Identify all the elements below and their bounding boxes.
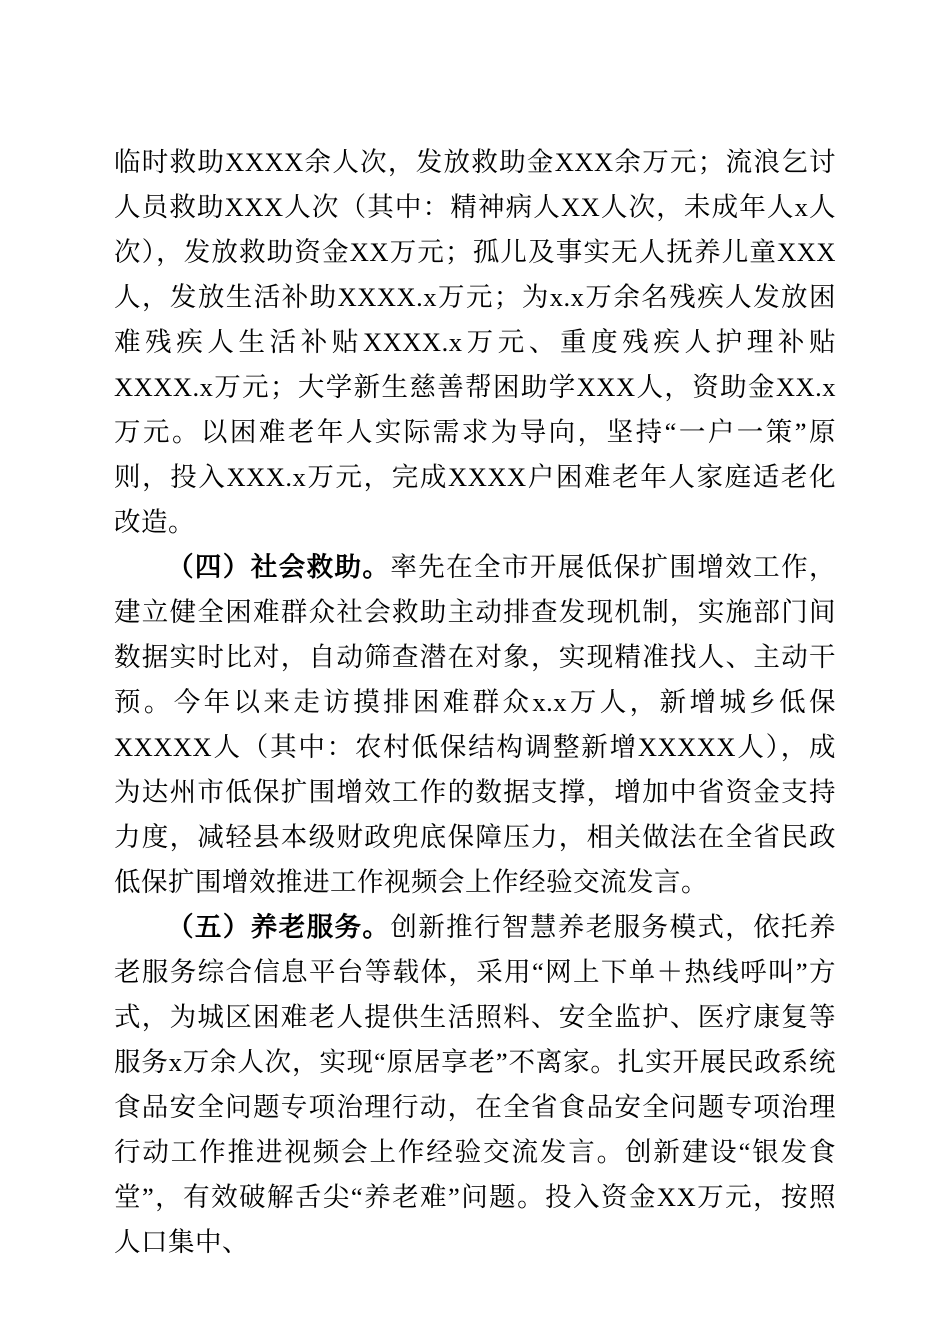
section-4-heading: （四）社会救助。 xyxy=(167,552,390,582)
paragraph-section-5-elderly-care: （五）养老服务。创新推行智慧养老服务模式，依托养老服务综合信息平台等载体，采用“… xyxy=(114,905,836,1265)
document-body: 临时救助XXXX余人次，发放救助金XXX余万元；流浪乞讨人员救助XXX人次（其中… xyxy=(114,140,836,1265)
section-4-text: 率先在全市开展低保扩围增效工作，建立健全困难群众社会救助主动排查发现机制，实施部… xyxy=(114,552,836,897)
paragraph-continuation-text: 临时救助XXXX余人次，发放救助金XXX余万元；流浪乞讨人员救助XXX人次（其中… xyxy=(114,147,836,537)
section-5-text: 创新推行智慧养老服务模式，依托养老服务综合信息平台等载体，采用“网上下单＋热线呼… xyxy=(114,912,836,1257)
section-5-heading: （五）养老服务。 xyxy=(167,912,390,942)
paragraph-continuation: 临时救助XXXX余人次，发放救助金XXX余万元；流浪乞讨人员救助XXX人次（其中… xyxy=(114,140,836,545)
document-page: 临时救助XXXX余人次，发放救助金XXX余万元；流浪乞讨人员救助XXX人次（其中… xyxy=(0,0,950,1344)
paragraph-section-4-social-assistance: （四）社会救助。率先在全市开展低保扩围增效工作，建立健全困难群众社会救助主动排查… xyxy=(114,545,836,905)
